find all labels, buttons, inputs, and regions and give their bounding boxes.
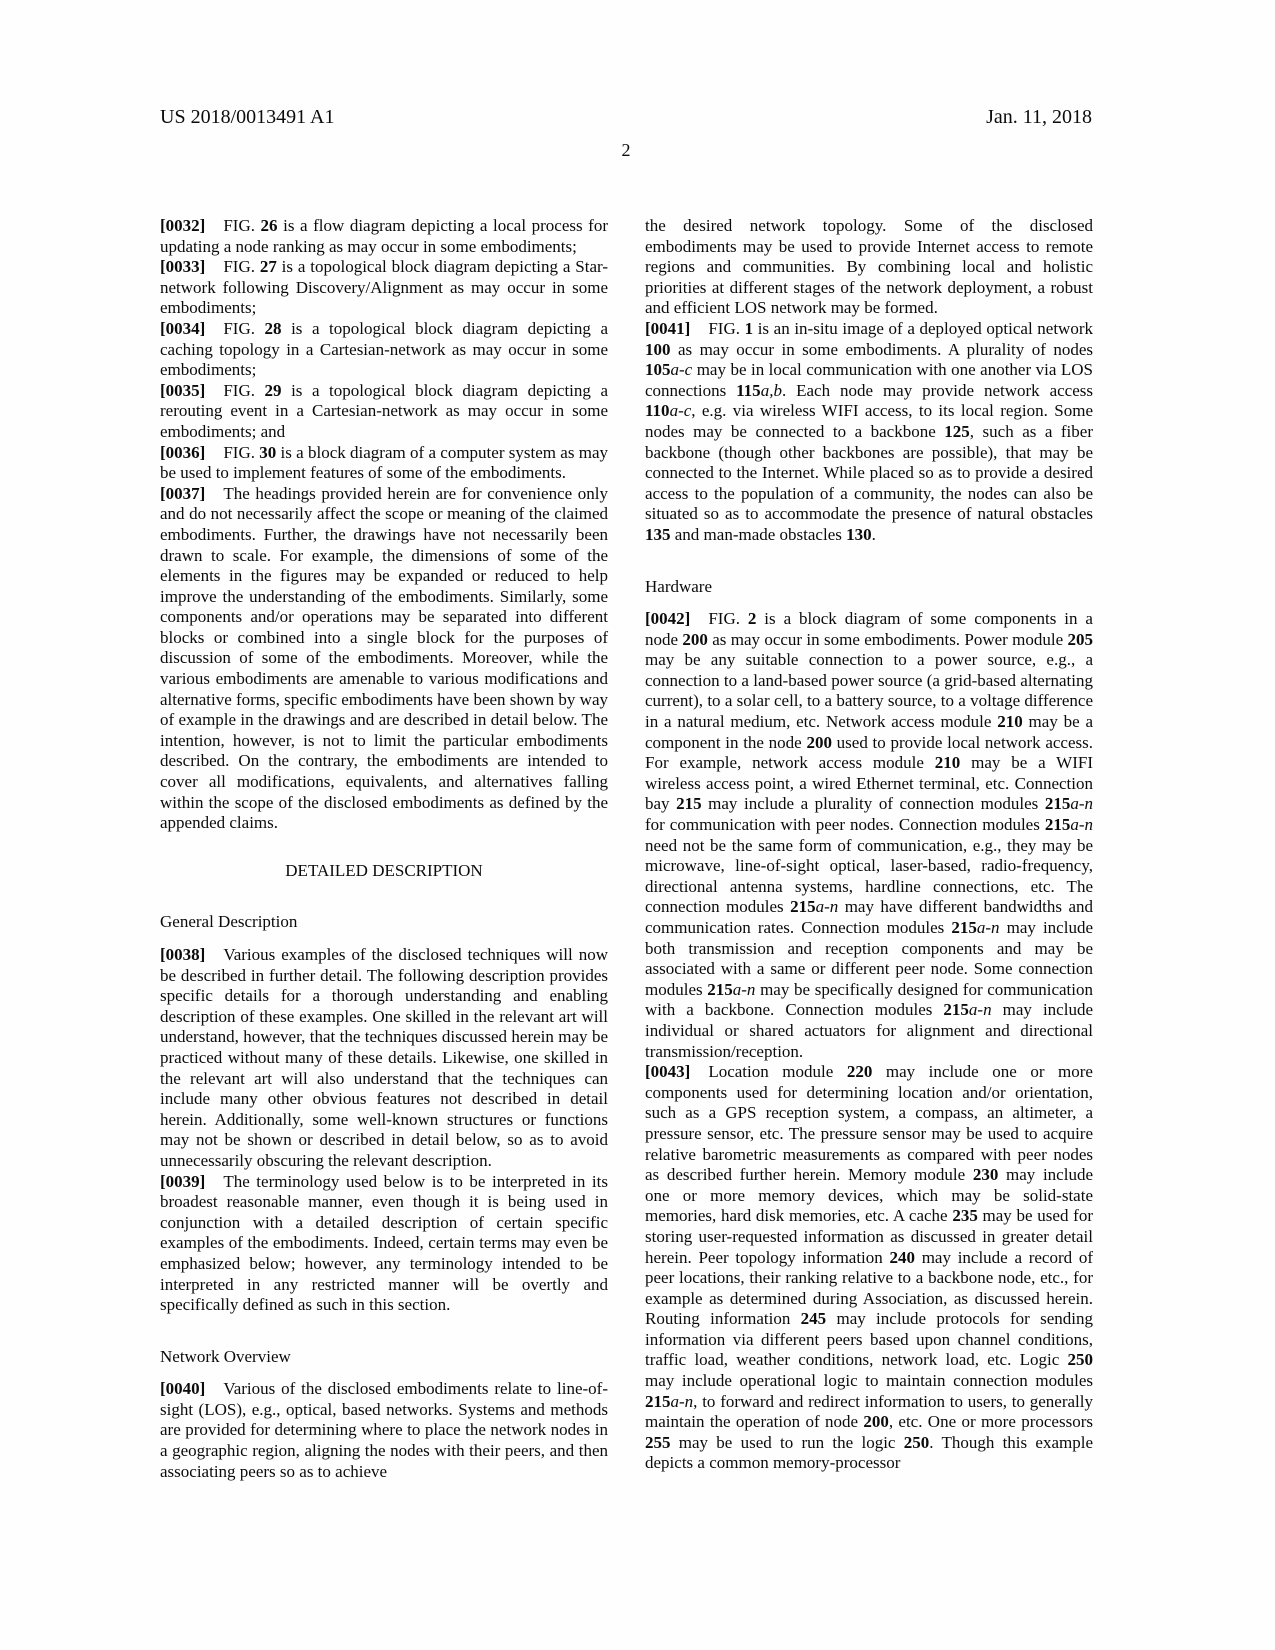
paragraph-0042: [0042]FIG. 2 is a block diagram of some …	[645, 609, 1093, 1062]
paragraph-number: [0041]	[645, 319, 690, 338]
page-number: 2	[160, 140, 1092, 160]
subsection-heading-general-description: General Description	[160, 912, 608, 933]
paragraph-0035: [0035]FIG. 29 is a topological block dia…	[160, 381, 608, 443]
paragraph-0041: [0041]FIG. 1 is an in-situ image of a de…	[645, 319, 1093, 546]
paragraph-0036: [0036]FIG. 30 is a block diagram of a co…	[160, 443, 608, 484]
paragraph-0037: [0037]The headings provided herein are f…	[160, 484, 608, 834]
paragraph-number: [0040]	[160, 1379, 205, 1398]
paragraph-0034: [0034]FIG. 28 is a topological block dia…	[160, 319, 608, 381]
page-header: US 2018/0013491 A1 Jan. 11, 2018	[160, 106, 1092, 128]
paragraph-number: [0038]	[160, 945, 205, 964]
publication-date: Jan. 11, 2018	[986, 106, 1092, 128]
paragraph-number: [0036]	[160, 443, 205, 462]
subsection-heading-hardware: Hardware	[645, 577, 1093, 598]
paragraph-continuation: the desired network topology. Some of th…	[645, 216, 1093, 319]
right-column: the desired network topology. Some of th…	[645, 216, 1093, 1482]
text-columns: [0032]FIG. 26 is a flow diagram depictin…	[160, 216, 1093, 1482]
paragraph-number: [0042]	[645, 609, 690, 628]
paragraph-0040: [0040]Various of the disclosed embodimen…	[160, 1379, 608, 1482]
subsection-heading-network-overview: Network Overview	[160, 1347, 608, 1368]
section-heading-detailed-description: DETAILED DESCRIPTION	[160, 861, 608, 882]
paragraph-0039: [0039]The terminology used below is to b…	[160, 1172, 608, 1316]
paragraph-0038: [0038]Various examples of the disclosed …	[160, 945, 608, 1172]
paragraph-number: [0034]	[160, 319, 205, 338]
paragraph-number: [0035]	[160, 381, 205, 400]
paragraph-0033: [0033]FIG. 27 is a topological block dia…	[160, 257, 608, 319]
paragraph-number: [0039]	[160, 1172, 205, 1191]
paragraph-0032: [0032]FIG. 26 is a flow diagram depictin…	[160, 216, 608, 257]
paragraph-0043: [0043]Location module 220 may include on…	[645, 1062, 1093, 1474]
publication-number: US 2018/0013491 A1	[160, 106, 334, 128]
paragraph-number: [0032]	[160, 216, 205, 235]
paragraph-number: [0037]	[160, 484, 205, 503]
paragraph-number: [0033]	[160, 257, 205, 276]
patent-document-page: US 2018/0013491 A1 Jan. 11, 2018 2 [0032…	[0, 0, 1275, 1650]
paragraph-number: [0043]	[645, 1062, 690, 1081]
left-column: [0032]FIG. 26 is a flow diagram depictin…	[160, 216, 608, 1482]
